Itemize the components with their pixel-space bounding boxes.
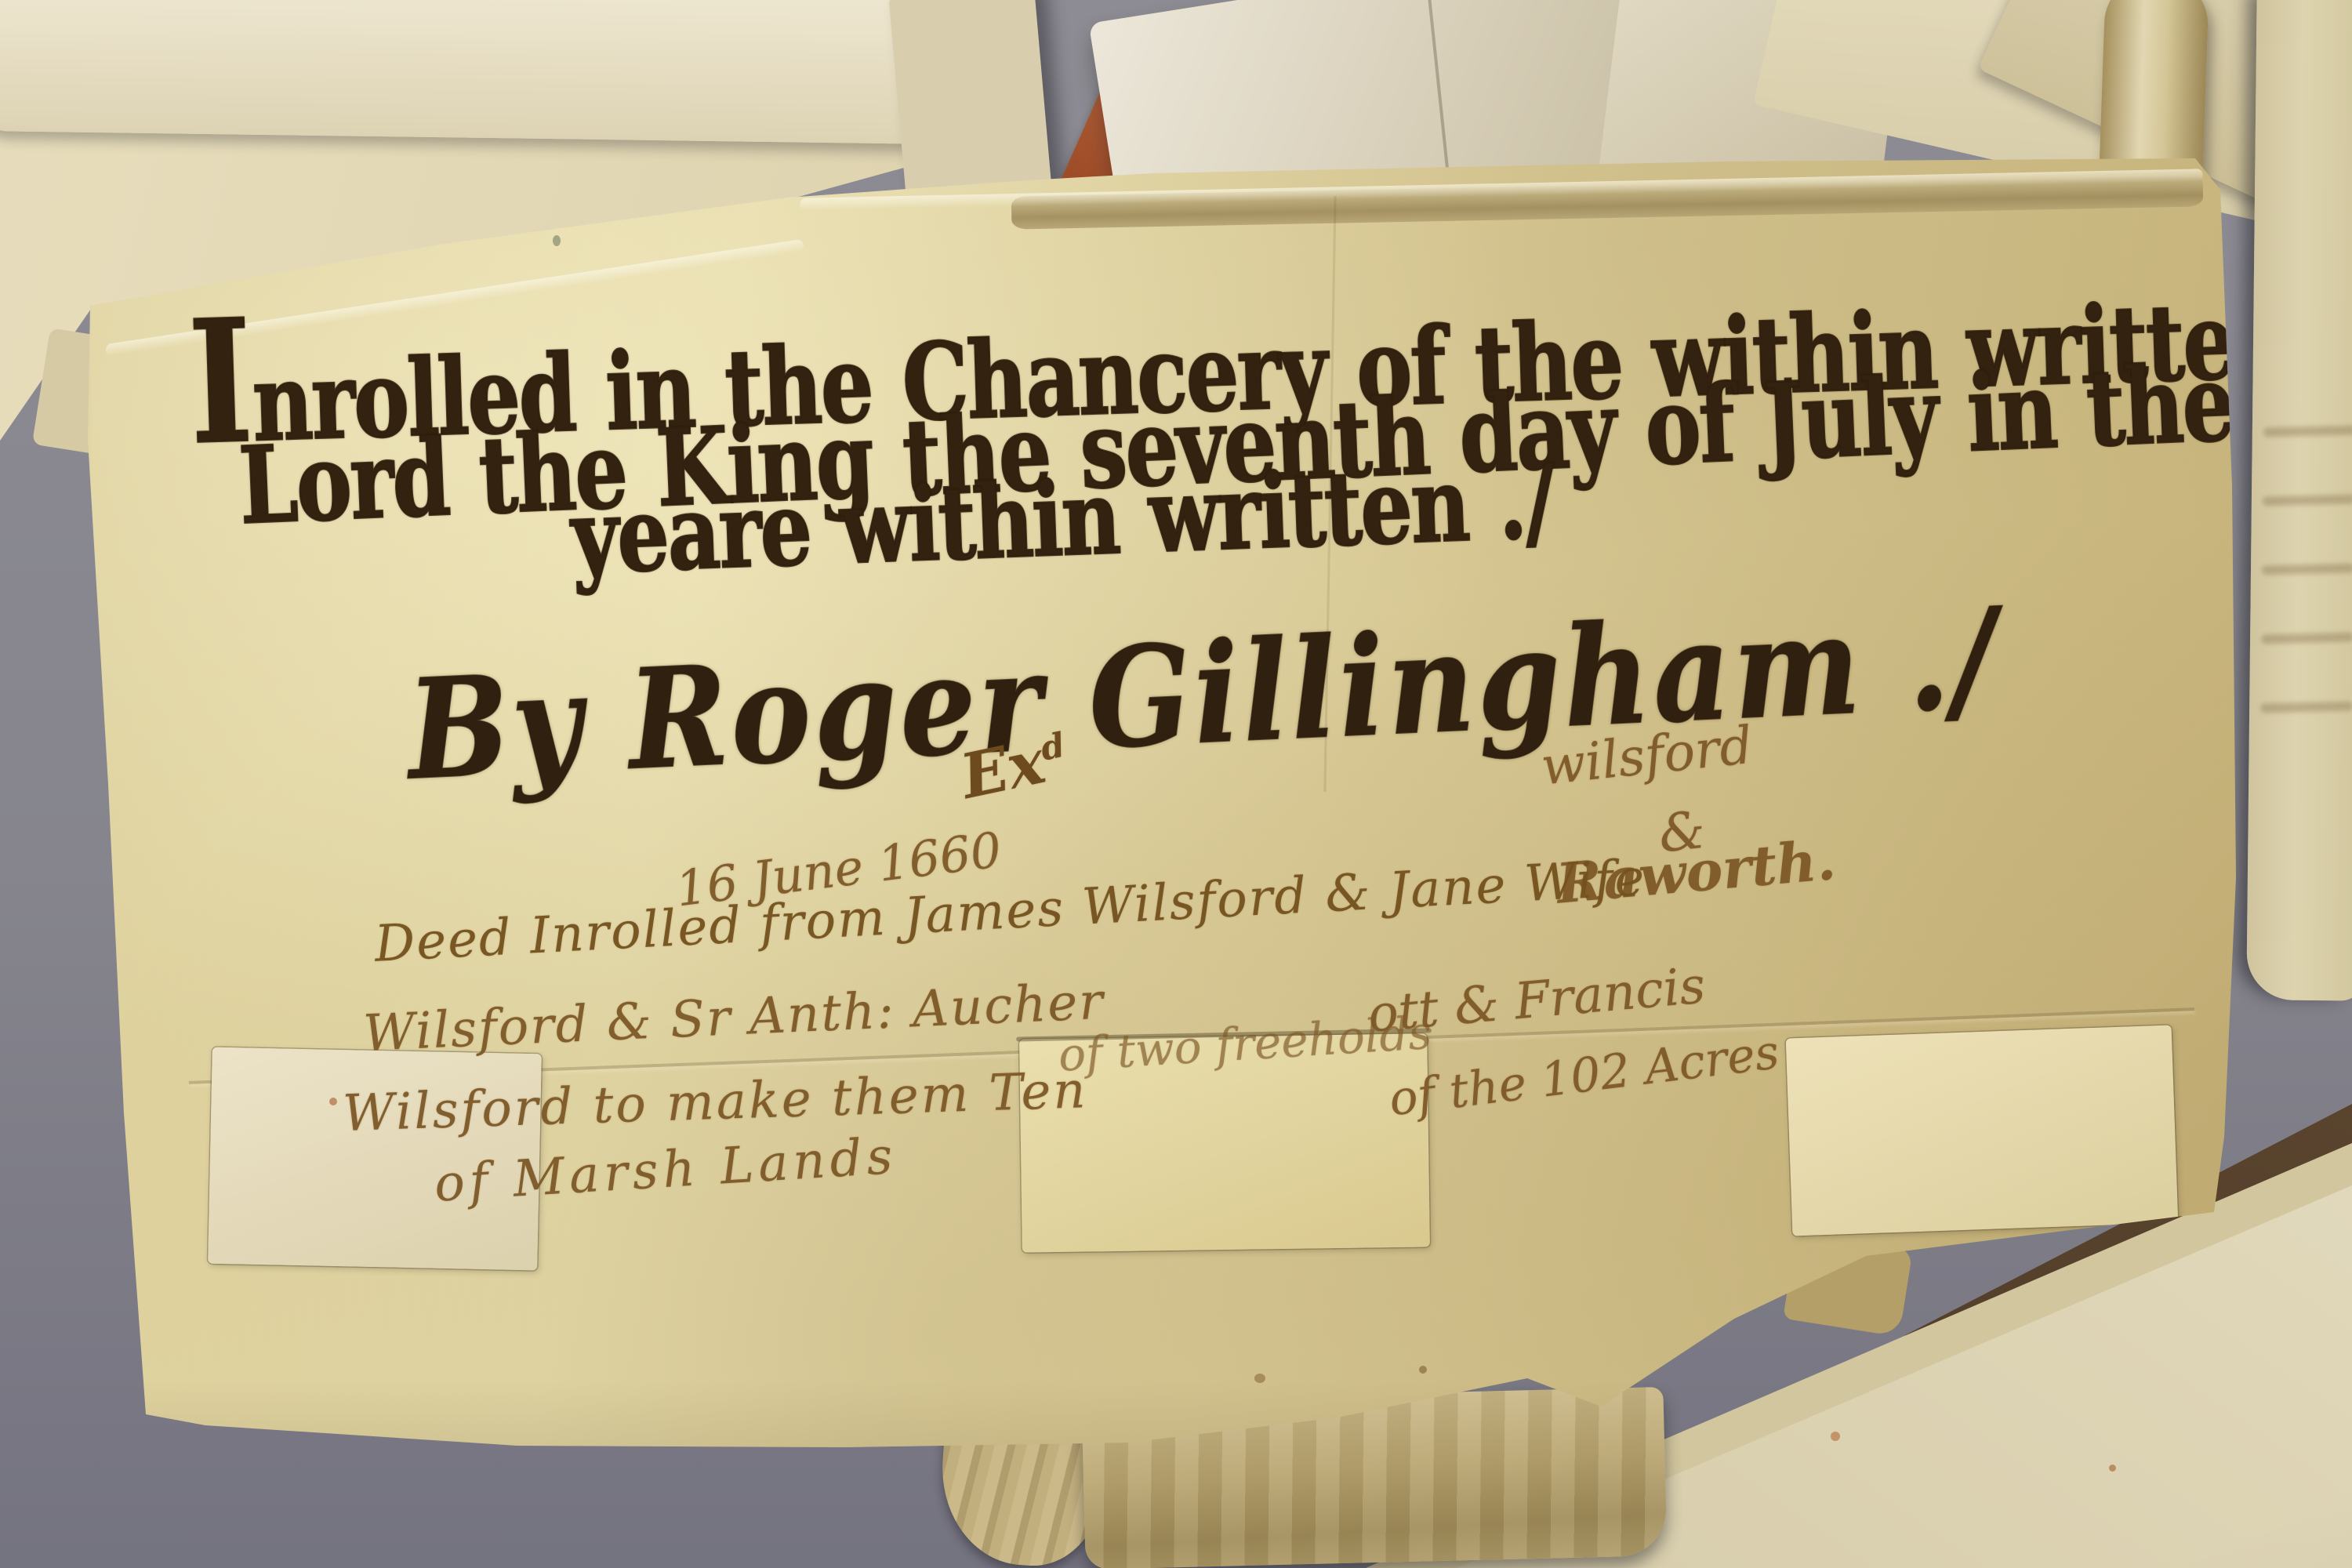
ink-smudge [553,235,561,246]
faint-writing-line [2263,495,2352,506]
stain-speck [1419,1366,1427,1374]
rust-stain [1831,1432,1840,1441]
faint-writing-line [2263,426,2352,437]
faint-writing-line [2262,564,2352,575]
parchment-sheet-right-edge [2246,0,2352,1001]
rust-stain [2109,1465,2116,1472]
rust-speck [329,1098,337,1105]
packet-fold-line [1427,0,1451,194]
parchment-sheet-top-strip [0,0,996,145]
faint-writing-line [2260,702,2352,713]
photo-of-vellum-deeds: Inrolled in the Chancery of the within w… [0,0,2352,1568]
stain-speck [1254,1374,1265,1383]
repair-patch-right [1786,1025,2178,1236]
faint-writing-line [2261,633,2352,644]
